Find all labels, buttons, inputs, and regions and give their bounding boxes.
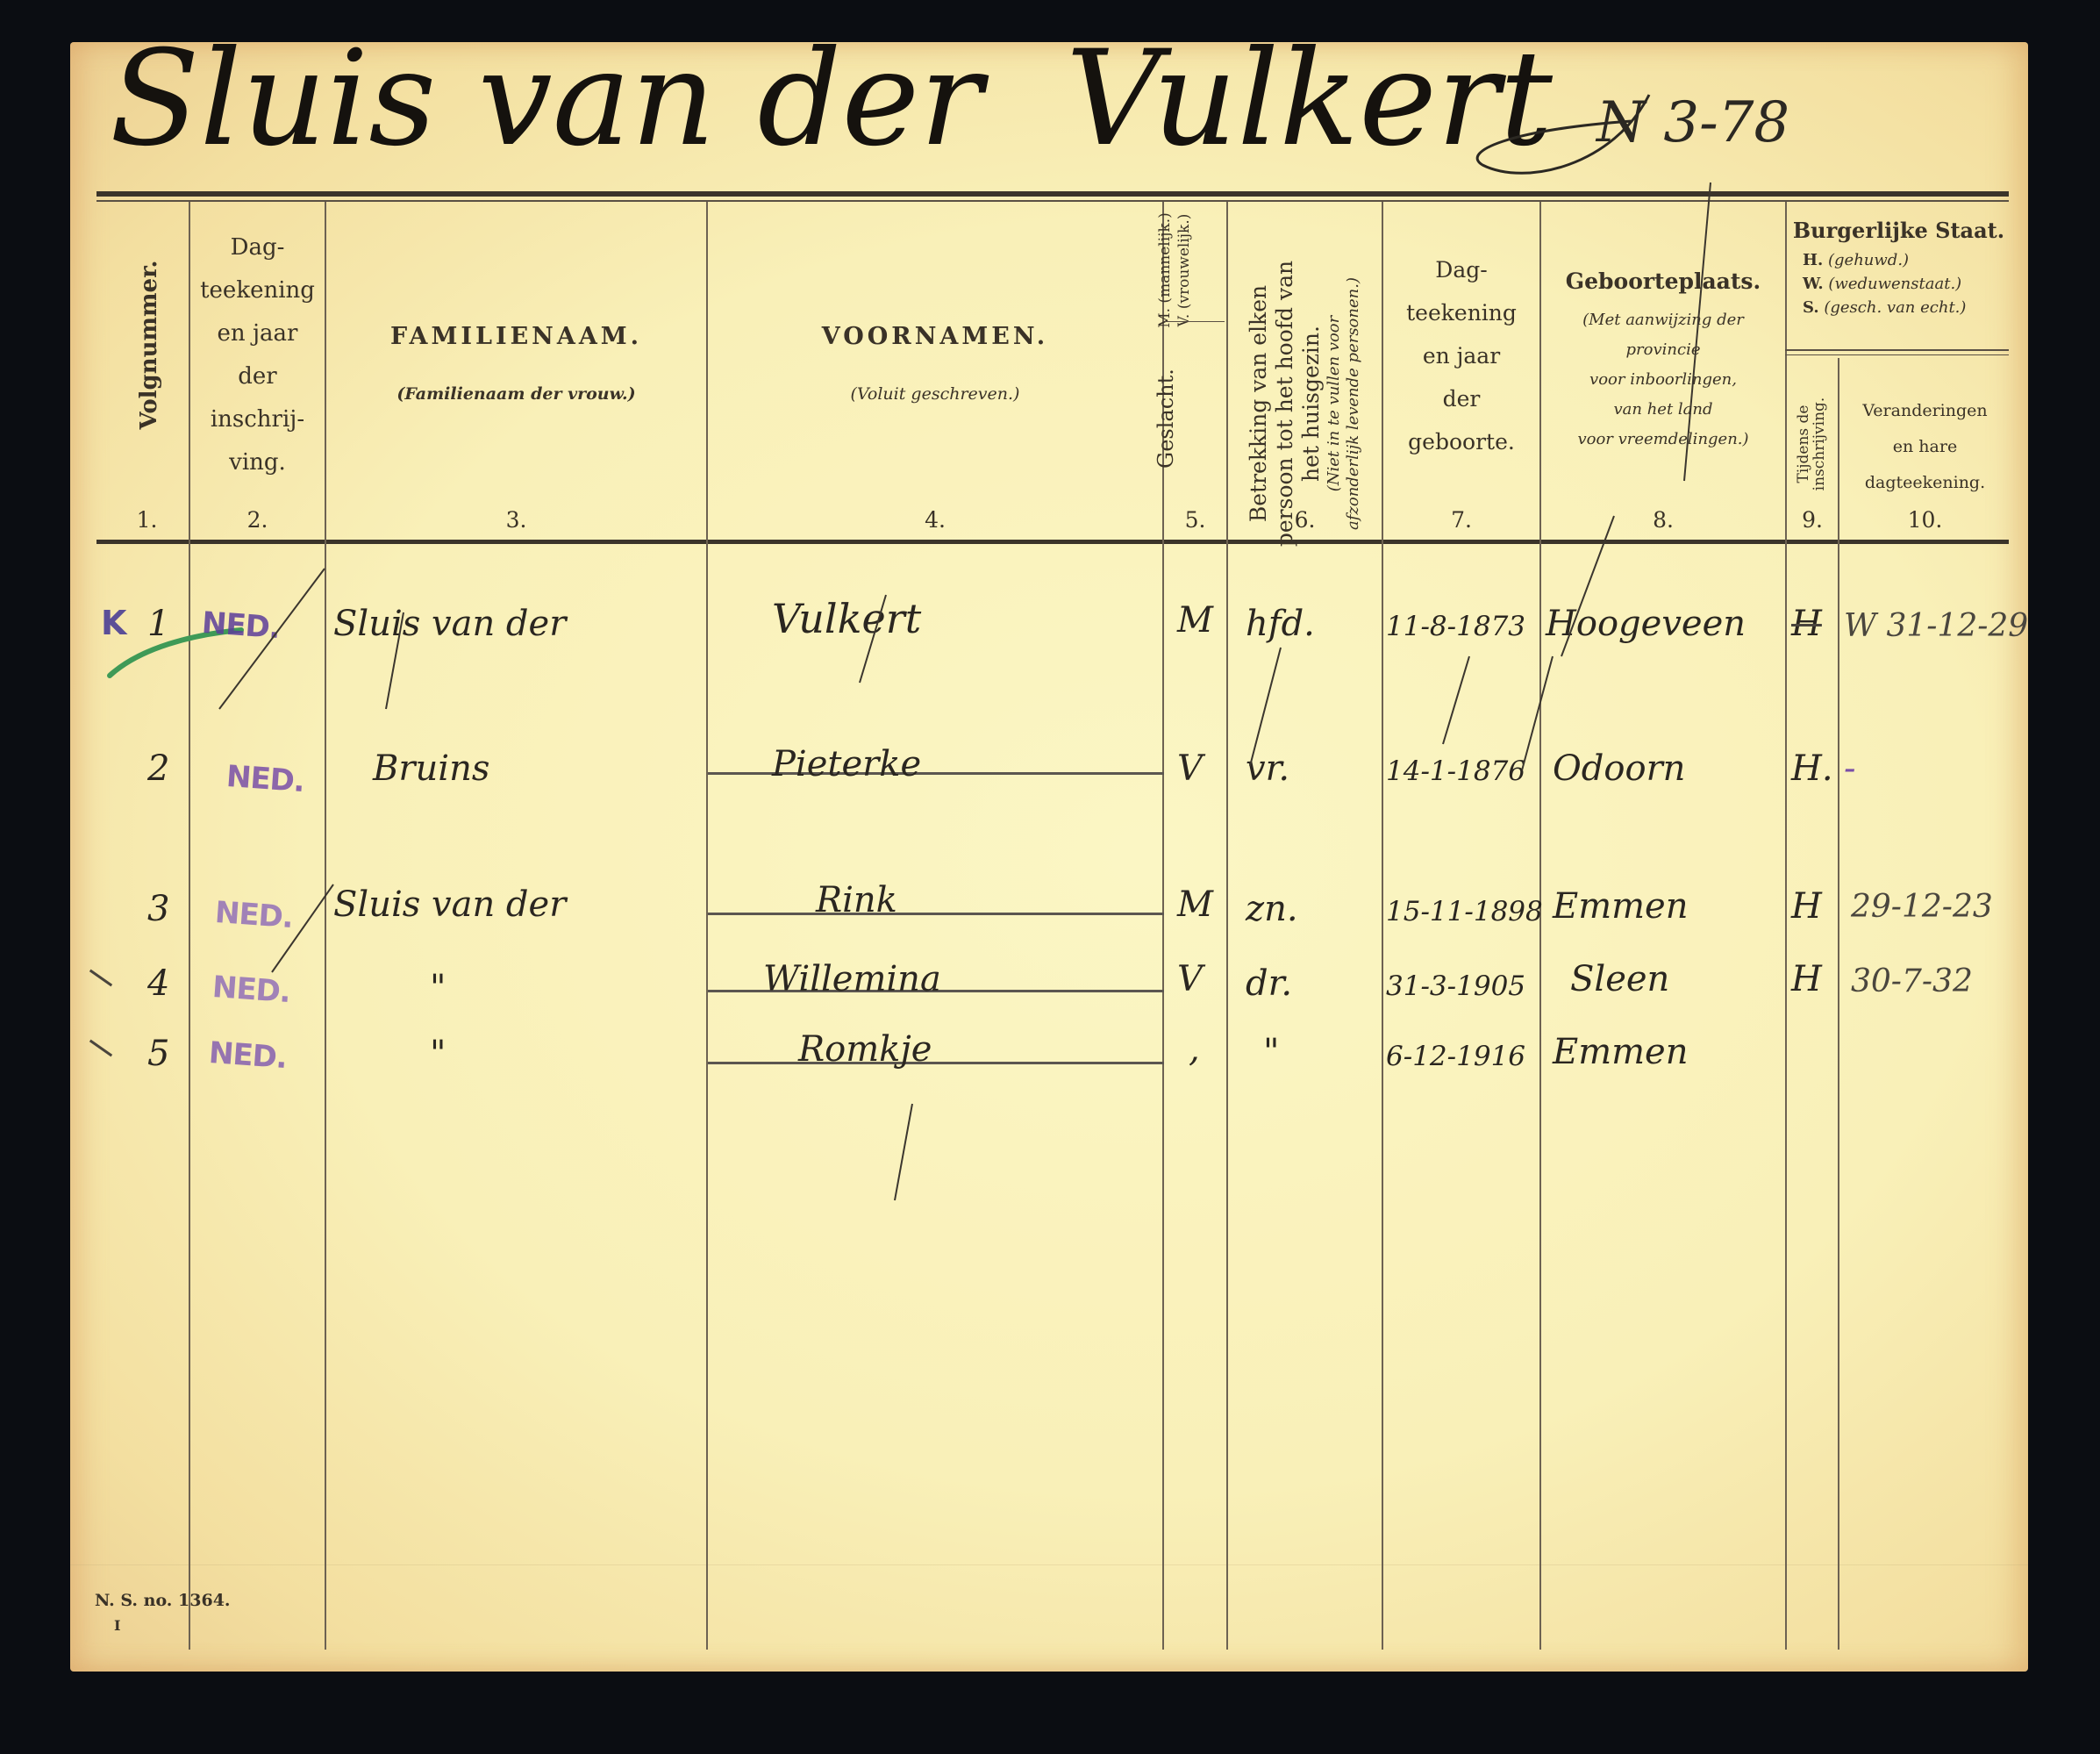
register-card: Sluis van der Vulkert N 3-78 Volgnummer.… xyxy=(70,42,2028,1672)
form-sub-number: I xyxy=(114,1617,120,1634)
pen-strokes xyxy=(70,42,2028,1672)
form-number: N. S. no. 1364. xyxy=(95,1591,231,1610)
